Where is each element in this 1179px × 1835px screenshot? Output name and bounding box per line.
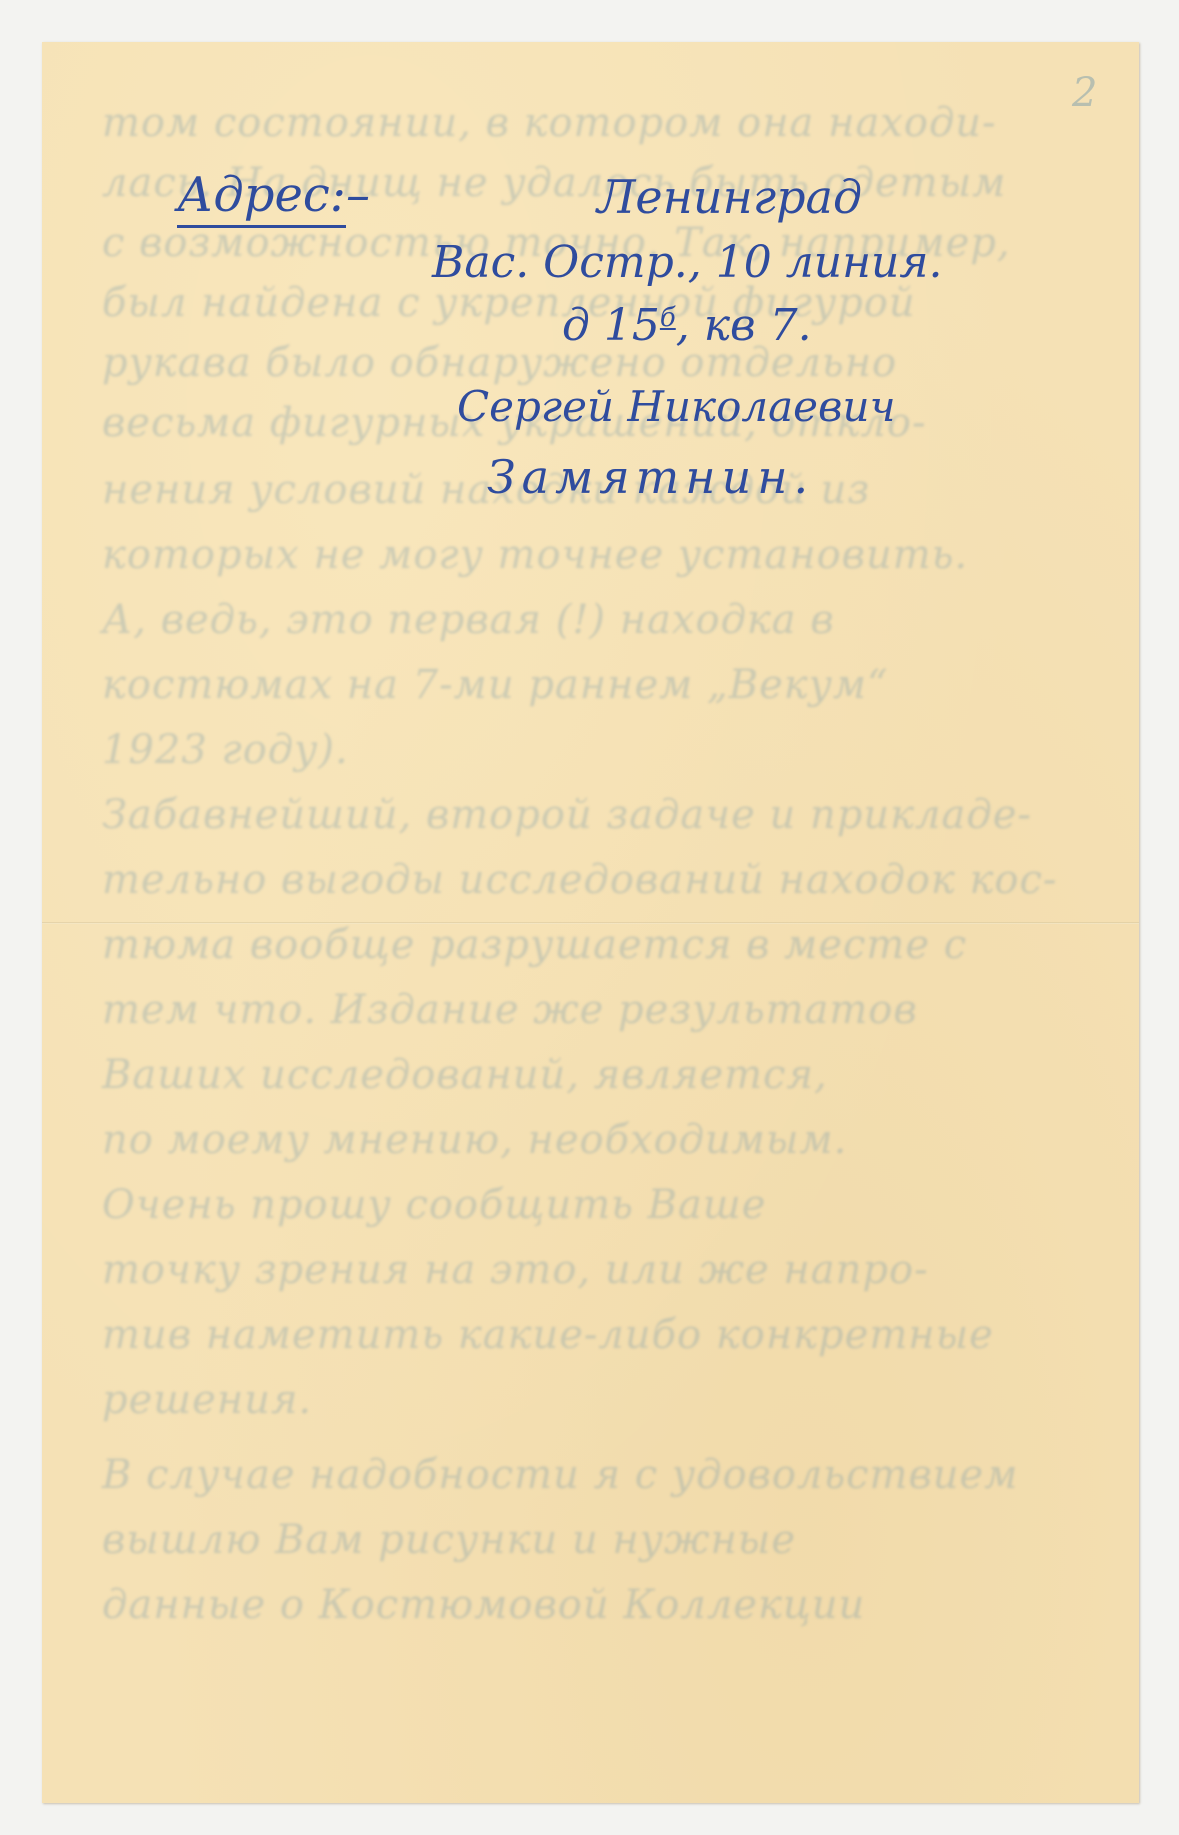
address-dash: –	[346, 167, 370, 223]
bleed-through-line: по моему мнению, необходимым.	[102, 1117, 1142, 1163]
recipient-surname: Замятнин.	[487, 450, 814, 504]
bleed-through-line: тельно выгоды исследований находок кос-	[102, 857, 1142, 903]
bleed-through-line: Ваших исследований, является,	[102, 1052, 1142, 1098]
bleed-through-line: точку зрения на это, или же напро-	[102, 1247, 1142, 1293]
bleed-through-line: решения.	[102, 1377, 1142, 1423]
bleed-through-line: тюма вообще разрушается в месте с	[102, 922, 1142, 968]
bleed-through-line: тив наметить какие-либо конкретные	[102, 1312, 1142, 1358]
address-street: Вас. Остр., 10 линия.	[432, 237, 943, 288]
bleed-through-line: Очень прошу сообщить Ваше	[102, 1182, 1142, 1228]
bleed-through-line: данные о Костюмовой Коллекции	[102, 1582, 1142, 1628]
address-label-word: Адрес:	[177, 167, 346, 228]
bleed-through-line: 1923 году).	[102, 727, 1142, 773]
apartment-number: , кв 7.	[676, 300, 812, 351]
letter-page: 2 том состоянии, в котором она находи- л…	[42, 42, 1139, 1803]
address-house: д 15б, кв 7.	[562, 300, 812, 351]
bleed-through-line: В случае надобности я с удовольствием	[102, 1452, 1142, 1498]
recipient-given-names: Сергей Николаевич	[457, 382, 896, 431]
bleed-through-line: вышлю Вам рисунки и нужные	[102, 1517, 1142, 1563]
bleed-through-line: тем что. Издание же результатов	[102, 987, 1142, 1033]
bleed-through-line: Забавнейший, второй задаче и прикладе-	[102, 792, 1142, 838]
address-city: Ленинград	[597, 170, 862, 224]
bleed-through-line: том состоянии, в котором она находи-	[102, 100, 1142, 146]
house-letter: б	[660, 303, 676, 333]
house-number: д 15	[562, 300, 660, 351]
address-label: Адрес:–	[177, 167, 370, 223]
bleed-through-line: А, ведь, это первая (!) находка в	[102, 597, 1142, 643]
bleed-through-line: костюмах на 7-ми раннем „Векум“	[102, 662, 1142, 708]
bleed-through-line: которых не могу точнее установить.	[102, 532, 1142, 578]
